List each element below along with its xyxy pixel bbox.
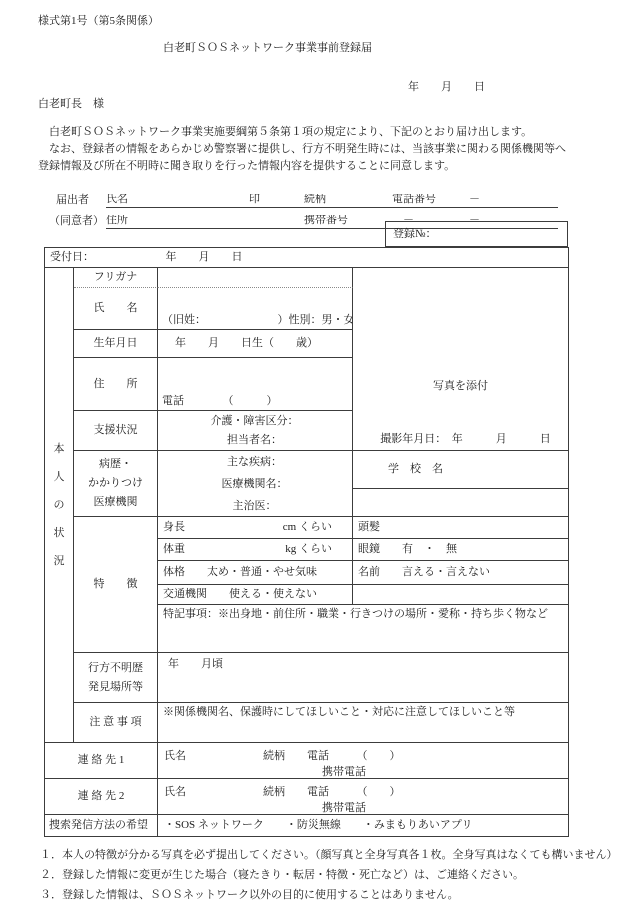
caution-label: 注 意 事 項: [74, 703, 158, 743]
form-number: 様式第1号（第5条関係）: [38, 16, 159, 27]
birthdate-input-area: 年 月 日生（ 歳）: [158, 330, 353, 358]
reception-date-row: 受付日： 年 月 日: [45, 248, 569, 268]
say-name-row: 名前 言える・言えない: [353, 561, 569, 585]
medical-history-label-line2: かかりつけ: [88, 474, 143, 493]
photo-date-label: 撮影年月日： 年 月 日: [370, 434, 551, 450]
contact2-label: 連 絡 先 2: [45, 779, 158, 815]
school-name-input-area: [353, 489, 569, 517]
consenter-label: （同意者）: [49, 216, 106, 229]
main-disease-label: 主な疾病：: [227, 451, 282, 473]
missing-history-label: 行方不明歴 発見場所等: [74, 653, 158, 703]
glasses-row: 眼鏡 有 ・ 無: [353, 539, 569, 561]
special-notes-row: 特記事項：※出身地・前住所・職業・行きつけの場所・愛称・持ち歩く物など: [158, 605, 569, 653]
name-label: 氏 名: [74, 288, 158, 330]
contact2-line1: 氏名 続柄 電話 （ ）: [164, 784, 568, 800]
paragraph-2: なお、登録者の情報をあらかじめ警察署に提供し、行方不明発生時には、当該事業に関わ…: [38, 141, 572, 175]
medical-history-label: 病歴・ かかりつけ 医療機関: [74, 451, 158, 517]
height-unit: cm くらい: [283, 522, 332, 533]
declarant-row-1: 届出者 氏名 印 続柄 電話番号 －: [56, 188, 558, 208]
missing-history-label-line2: 発見場所等: [88, 678, 143, 697]
missing-history-label-line1: 行方不明歴: [88, 659, 143, 678]
height-row: 身長 cm くらい: [158, 517, 353, 539]
furigana-label: フリガナ: [74, 268, 158, 288]
contact1-mobile-label: 携帯電話: [164, 764, 568, 779]
footer-note-3: ３．登録した情報は、ＳＯＳネットワーク以外の目的に使用することはありません。: [40, 885, 610, 903]
search-method-label: 捜索発信方法の希望: [45, 815, 158, 837]
hair-row: 頭髪: [353, 517, 569, 539]
footer-note-1: １．本人の特徴が分かる写真を必ず提出してください。（顔写真と全身写真各１枚。全身…: [40, 845, 610, 865]
registration-number-box: 登録№：: [385, 221, 568, 247]
paragraph-1: 白老町ＳＯＳネットワーク事業実施要綱第５条第１項の規定により、下記のとおり届け出…: [38, 124, 572, 141]
build-row: 体格 太め・普通・やせ気味: [158, 561, 353, 585]
contact1-area: 氏名 続柄 電話 （ ） 携帯電話: [158, 743, 569, 779]
support-status-label: 支援状況: [74, 411, 158, 451]
name-input-area: （旧姓： ）性別：男・女: [158, 288, 353, 330]
weight-label: 体重: [163, 544, 185, 555]
registration-number-label: 登録№：: [393, 229, 437, 240]
consent-paragraphs: 白老町ＳＯＳネットワーク事業実施要綱第５条第１項の規定により、下記のとおり届け出…: [38, 124, 572, 175]
school-name-label: 学 校 名: [353, 451, 569, 489]
section-side-label: 本人の状況: [45, 268, 74, 743]
submission-date-line: 年 月 日: [408, 82, 485, 93]
doctor-label: 主治医：: [233, 495, 277, 517]
medical-history-label-line3: 医療機関: [94, 493, 138, 512]
contact1-label: 連 絡 先 1: [45, 743, 158, 779]
address-label: 住 所: [74, 358, 158, 411]
contact1-line1: 氏名 続柄 電話 （ ）: [164, 748, 568, 764]
declarant-name-field: 氏名 印 続柄 電話番号 －: [106, 194, 558, 208]
contact2-mobile-label: 携帯電話: [164, 800, 568, 815]
support-status-area: 介護・障害区分： 担当者名：: [158, 411, 353, 451]
transport-empty-cell: [353, 585, 569, 605]
medical-history-label-line1: 病歴・: [99, 455, 132, 474]
address-input-area: 電話 （ ）: [158, 358, 353, 411]
page-title: 白老町ＳＯＳネットワーク事業事前登録届: [163, 43, 372, 54]
transport-row: 交通機関 使える・使えない: [158, 585, 353, 605]
birthdate-label: 生年月日: [74, 330, 158, 358]
caution-area: ※関係機関名、保護時にしてほしいこと・対応に注意してほしいこと等: [158, 703, 569, 743]
features-label: 特 徴: [74, 517, 158, 653]
height-label: 身長: [163, 522, 185, 533]
search-method-options: ・SOS ネットワーク ・防災無線 ・みまもりあいアプリ: [158, 815, 569, 837]
weight-row: 体重 kg くらい: [158, 539, 353, 561]
main-form-table: 受付日： 年 月 日 本人の状況 フリガナ 氏 名 （旧姓： ）性別：男・女 写…: [44, 247, 569, 837]
staff-name-label: 担当者名：: [227, 431, 282, 450]
registration-form-page: 様式第1号（第5条関係） 白老町ＳＯＳネットワーク事業事前登録届 年 月 日 白…: [0, 0, 630, 903]
medical-history-area: 主な疾病： 医療機関名： 主治医：: [158, 451, 353, 517]
care-category-label: 介護・障害区分：: [211, 412, 299, 431]
furigana-input-area: [158, 268, 353, 288]
footer-notes: １．本人の特徴が分かる写真を必ず提出してください。（顔写真と全身写真各１枚。全身…: [40, 845, 610, 903]
missing-history-area: 年 月頃: [158, 653, 569, 703]
medical-institution-label: 医療機関名：: [222, 473, 288, 495]
addressee: 白老町長 様: [38, 99, 104, 110]
photo-attach-area: 写真を添付 撮影年月日： 年 月 日: [353, 268, 569, 451]
footer-note-2: ２．登録した情報に変更が生じた場合（寝たきり・転居・特徴・死亡など）は、ご連絡く…: [40, 865, 610, 885]
photo-attach-label: 写真を添付: [433, 381, 488, 392]
weight-unit: kg くらい: [285, 544, 332, 555]
contact2-area: 氏名 続柄 電話 （ ） 携帯電話: [158, 779, 569, 815]
declarant-label: 届出者: [56, 195, 106, 208]
